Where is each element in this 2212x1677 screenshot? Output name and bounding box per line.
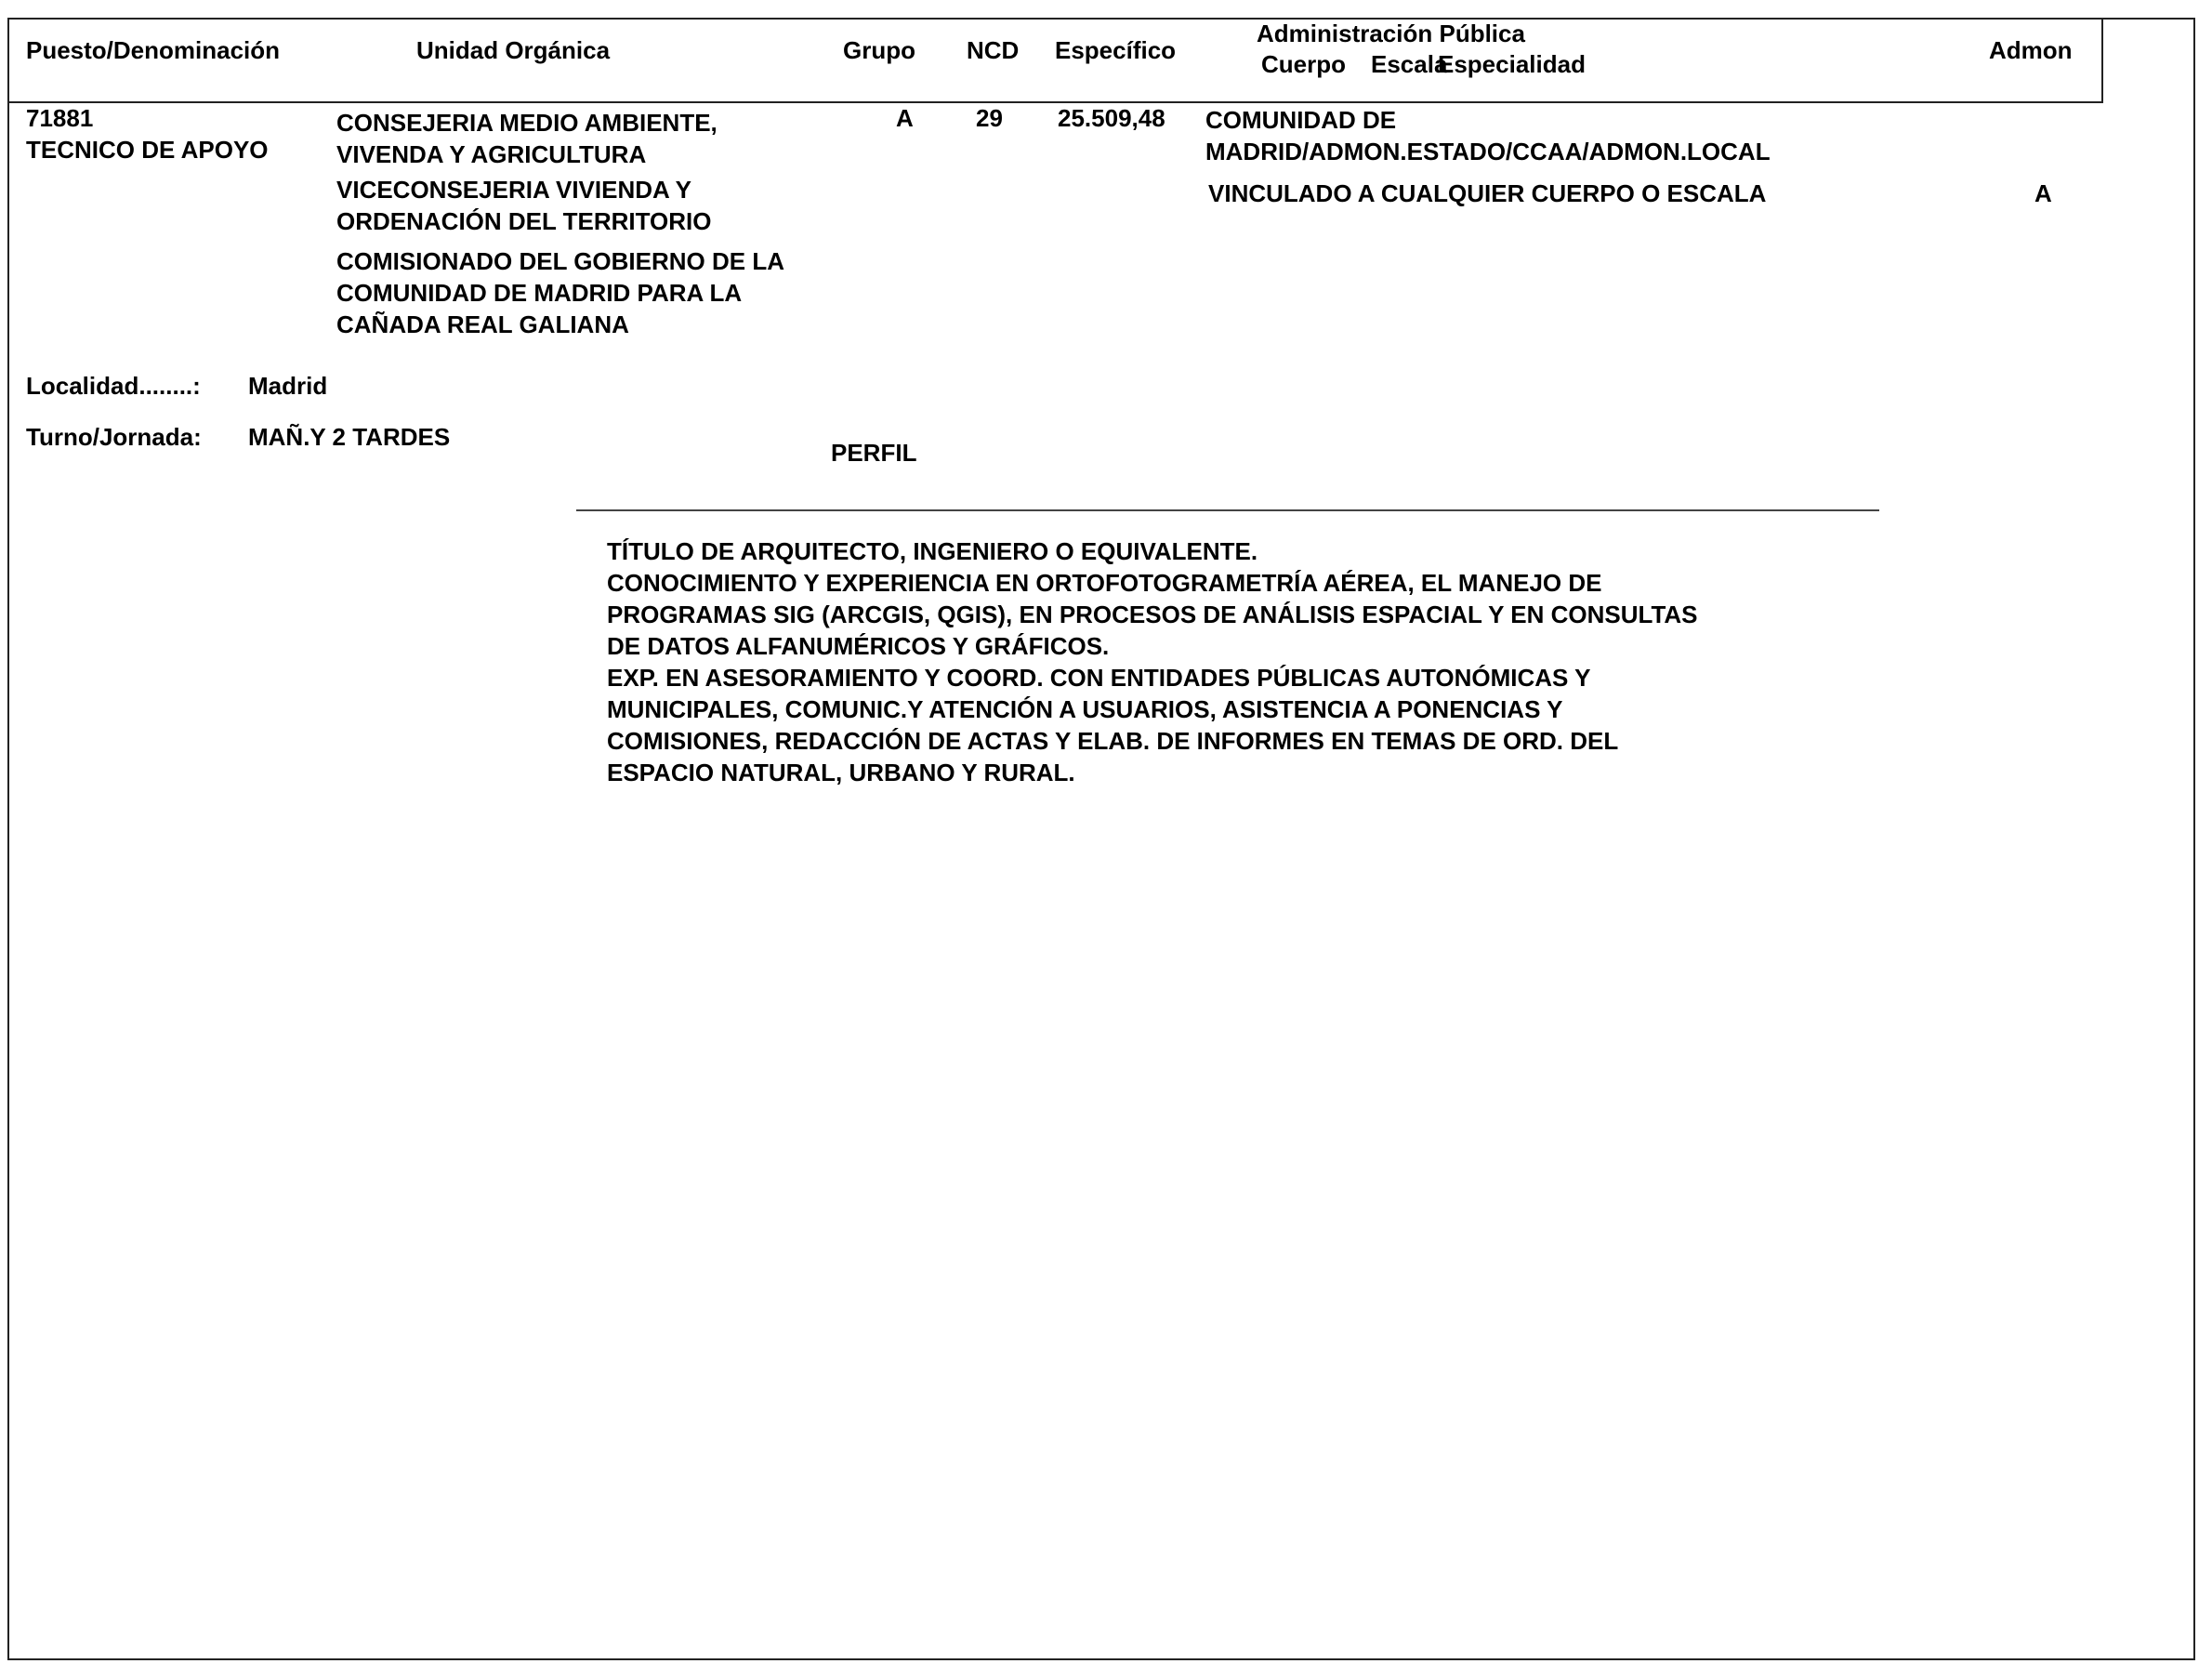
header-escala: Escala (1371, 48, 1447, 80)
localidad-value: Madrid (248, 370, 327, 402)
admon-value: A (2034, 178, 2052, 209)
cuerpo-escala-value: VINCULADO A CUALQUIER CUERPO O ESCALA (1208, 178, 1766, 209)
perfil-text: TÍTULO DE ARQUITECTO, INGENIERO O EQUIVA… (607, 535, 1698, 788)
administracion-publica-value: COMUNIDAD DE MADRID/ADMON.ESTADO/CCAA/AD… (1205, 104, 1771, 167)
header-grupo: Grupo (843, 34, 915, 66)
turno-value: MAÑ.Y 2 TARDES (248, 421, 450, 453)
unidad-viceconsejeria: VICECONSEJERIA VIVIENDA Y ORDENACIÓN DEL… (336, 174, 784, 237)
header-especialidad: Especialidad (1438, 48, 1586, 80)
header-ncd: NCD (967, 34, 1019, 66)
header-puesto: Puesto/Denominación (26, 34, 280, 66)
perfil-divider (576, 509, 1879, 511)
ncd-value: 29 (976, 102, 1003, 134)
especifico-value: 25.509,48 (1058, 102, 1165, 134)
header-cuerpo: Cuerpo (1261, 48, 1346, 80)
header-admon: Admon (1989, 34, 2073, 66)
unidad-comisionado: COMISIONADO DEL GOBIERNO DE LA COMUNIDAD… (336, 245, 784, 340)
grupo-value: A (896, 102, 914, 134)
unidad-organica-cell: CONSEJERIA MEDIO AMBIENTE, VIVENDA Y AGR… (336, 107, 784, 340)
puesto-cell: 71881 TECNICO DE APOYO (26, 102, 269, 165)
unidad-consejeria: CONSEJERIA MEDIO AMBIENTE, VIVENDA Y AGR… (336, 107, 784, 170)
header-administracion-publica: Administración Pública (1257, 18, 1525, 49)
header-especifico: Específico (1055, 34, 1176, 66)
puesto-denominacion: TECNICO DE APOYO (26, 134, 269, 165)
turno-label: Turno/Jornada: (26, 421, 202, 453)
localidad-label: Localidad........: (26, 370, 201, 402)
perfil-title: PERFIL (831, 437, 916, 469)
header-unidad-organica: Unidad Orgánica (416, 34, 610, 66)
puesto-codigo: 71881 (26, 102, 269, 134)
